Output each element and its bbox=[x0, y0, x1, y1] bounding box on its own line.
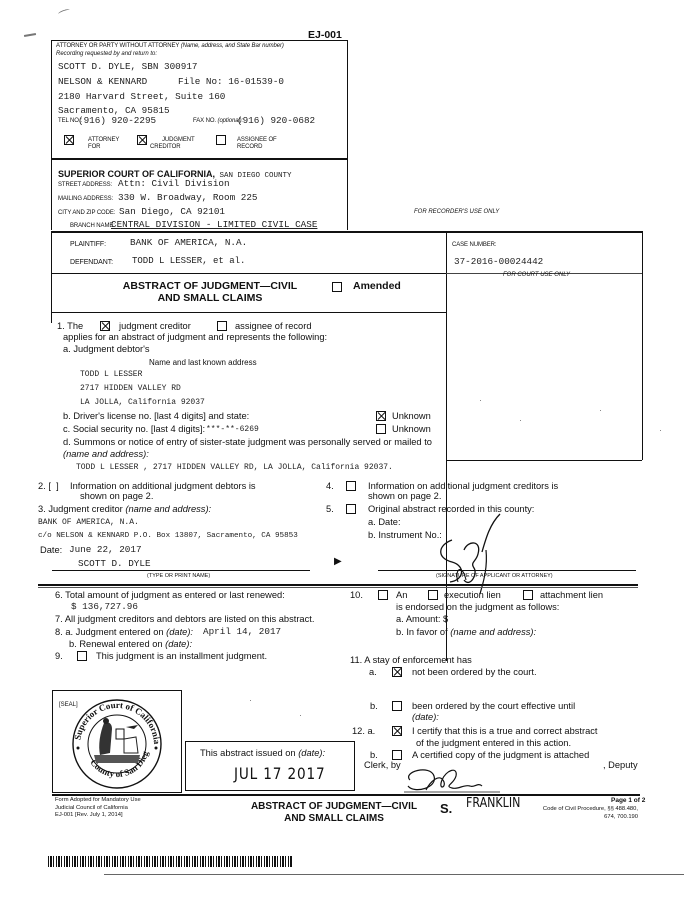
clerk-signature bbox=[400, 762, 510, 794]
amended-checkbox[interactable] bbox=[332, 282, 342, 292]
recording-label: Recording requested by and return to: bbox=[56, 51, 157, 57]
form-title: ABSTRACT OF JUDGMENT—CIVIL AND SMALL CLA… bbox=[110, 280, 310, 304]
scan-speck bbox=[520, 420, 521, 421]
item5-a-label: a. Date: bbox=[368, 517, 401, 527]
item12-b-text: A certified copy of the judgment is atta… bbox=[412, 750, 589, 760]
debtor-name: TODD L LESSER bbox=[80, 370, 142, 379]
court-mailing: 330 W. Broadway, Room 225 bbox=[118, 192, 257, 203]
item5-num: 5. bbox=[326, 504, 334, 514]
served-to: TODD L LESSER , 2717 HIDDEN VALLEY RD, L… bbox=[76, 463, 393, 472]
item9-checkbox[interactable] bbox=[77, 651, 87, 661]
item1-c-label: c. Social security no. [last 4 digits]: bbox=[63, 424, 205, 434]
fax-value: (916) 920-0682 bbox=[237, 115, 315, 126]
creditor-name: BANK OF AMERICA, N.A. bbox=[38, 518, 139, 527]
attorney-for-checkbox[interactable] bbox=[64, 135, 74, 145]
bottom-scan-line bbox=[104, 874, 684, 875]
item9-num: 9. bbox=[55, 651, 63, 661]
item12-b-num: b. bbox=[370, 750, 378, 760]
item10-num: 10. bbox=[350, 590, 363, 600]
assignee-checkbox[interactable] bbox=[216, 135, 226, 145]
item8-b: b. Renewal entered on (date): bbox=[69, 639, 192, 649]
item1-creditor-checkbox[interactable] bbox=[100, 321, 110, 331]
applicant-signature bbox=[430, 510, 510, 595]
court-street: Attn: Civil Division bbox=[118, 178, 230, 189]
execution-lien-label: execution lien bbox=[444, 590, 501, 600]
debtor-street: 2717 HIDDEN VALLEY RD bbox=[80, 384, 181, 393]
attorney-for-label: ATTORNEYFOR bbox=[88, 137, 119, 151]
branch-label: BRANCH NAME: bbox=[70, 223, 115, 229]
debtor-city: LA JOLLA, California 92037 bbox=[80, 398, 205, 407]
attorney-header-label: ATTORNEY OR PARTY WITHOUT ATTORNEY (Name… bbox=[56, 43, 284, 49]
item10-a: a. Amount: $ bbox=[396, 614, 448, 624]
item1-d-label: d. Summons or notice of entry of sister-… bbox=[63, 437, 432, 447]
item4-checkbox[interactable] bbox=[346, 481, 356, 491]
item1-b-label: b. Driver's license no. [last 4 digits] … bbox=[63, 411, 249, 421]
stray-mark bbox=[58, 8, 71, 16]
code-reference: Code of Civil Procedure, §§ 488.480, 674… bbox=[538, 805, 638, 821]
city-label: CITY AND ZIP CODE: bbox=[58, 210, 115, 216]
case-number-label: CASE NUMBER: bbox=[452, 242, 496, 248]
plaintiff-label: PLAINTIFF: bbox=[70, 241, 106, 248]
mailing-label: MAILING ADDRESS: bbox=[58, 196, 113, 202]
item2-num: 2. [ ] bbox=[38, 481, 59, 491]
court-seal-icon: Superior Court of California County of S… bbox=[64, 693, 170, 791]
item1-assignee-label: assignee of record bbox=[235, 321, 312, 331]
signed-date: June 22, 2017 bbox=[69, 544, 142, 555]
scan-speck bbox=[660, 430, 661, 431]
stay-ordered-checkbox[interactable] bbox=[392, 701, 402, 711]
barcode bbox=[48, 856, 293, 867]
scan-speck bbox=[250, 700, 251, 701]
execution-lien-checkbox[interactable] bbox=[428, 590, 438, 600]
section-rule-2 bbox=[38, 587, 638, 588]
court-city: San Diego, CA 92101 bbox=[119, 206, 225, 217]
item10-b: b. In favor of (name and address): bbox=[396, 627, 536, 637]
assignee-label: ASSIGNEE OFRECORD bbox=[237, 137, 277, 151]
item9-text: This judgment is an installment judgment… bbox=[96, 651, 267, 661]
page-number: Page 1 of 2 bbox=[611, 797, 645, 804]
certify-checkbox[interactable] bbox=[392, 726, 402, 736]
attorney-firm: NELSON & KENNARD bbox=[58, 76, 147, 87]
right-border bbox=[642, 231, 643, 460]
item10-an-checkbox[interactable] bbox=[378, 590, 388, 600]
ssn-unknown-label: Unknown bbox=[392, 424, 431, 434]
item1-d-hint: (name and address): bbox=[63, 449, 149, 459]
case-top-line bbox=[51, 231, 642, 233]
section-rule bbox=[38, 584, 638, 586]
judgment-date: April 14, 2017 bbox=[203, 626, 281, 637]
attachment-lien-checkbox[interactable] bbox=[523, 590, 533, 600]
item12-a-text-1: I certify that this is a true and correc… bbox=[412, 726, 598, 736]
court-use-label: FOR COURT USE ONLY bbox=[503, 272, 570, 278]
item3-label: 3. Judgment creditor (name and address): bbox=[38, 504, 211, 514]
item7-label: 7. All judgment creditors and debtors ar… bbox=[55, 614, 314, 624]
clerk-stamp-name: FRANKLIN bbox=[466, 796, 520, 811]
footer-rule bbox=[52, 794, 640, 796]
item1-creditor-label: judgment creditor bbox=[119, 321, 191, 331]
item2-text: Information on additional judgment debto… bbox=[70, 481, 256, 501]
name-address-label: Name and last known address bbox=[149, 358, 257, 367]
street-label: STREET ADDRESS: bbox=[58, 182, 112, 188]
item11-b-hint: (date): bbox=[412, 712, 439, 722]
item10-an-label: An bbox=[396, 590, 407, 600]
plaintiff-value: BANK OF AMERICA, N.A. bbox=[130, 237, 247, 248]
court-use-bottom bbox=[446, 460, 642, 461]
scan-speck bbox=[600, 410, 601, 411]
left-border bbox=[51, 231, 52, 323]
dl-unknown-label: Unknown bbox=[392, 411, 431, 421]
item10-endorsed: is endorsed on the judgment as follows: bbox=[396, 602, 559, 612]
issued-date-stamp: JUL 17 2017 bbox=[234, 764, 325, 783]
form-adopted: Form Adopted for Mandatory Use Judicial … bbox=[55, 797, 141, 820]
attorney-name: SCOTT D. DYLE, SBN 300917 bbox=[58, 61, 197, 72]
item12-num: 12. a. bbox=[352, 726, 375, 736]
defendant-value: TODD L LESSER, et al. bbox=[132, 256, 245, 266]
date-label: Date: bbox=[40, 545, 62, 555]
item5-checkbox[interactable] bbox=[346, 504, 356, 514]
print-name-line bbox=[52, 570, 310, 571]
scan-speck bbox=[480, 400, 481, 401]
item1-assignee-checkbox[interactable] bbox=[217, 321, 227, 331]
svg-text:Superior Court of California: Superior Court of California bbox=[72, 700, 162, 745]
court-branch: CENTRAL DIVISION - LIMITED CIVIL CASE bbox=[111, 219, 317, 230]
print-name-caption: (TYPE OR PRINT NAME) bbox=[147, 573, 210, 579]
footer-title: ABSTRACT OF JUDGMENT—CIVIL AND SMALL CLA… bbox=[244, 801, 424, 825]
case-number: 37-2016-00024442 bbox=[454, 256, 543, 267]
attorney-street: 2180 Harvard Street, Suite 160 bbox=[58, 91, 225, 102]
item1-applies: applies for an abstract of judgment and … bbox=[63, 332, 327, 342]
scan-speck bbox=[300, 715, 301, 716]
ssn-unknown-checkbox[interactable] bbox=[376, 424, 386, 434]
deputy-label: , Deputy bbox=[603, 760, 638, 770]
issued-label: This abstract issued on (date): bbox=[200, 748, 325, 758]
stray-mark bbox=[24, 33, 36, 37]
printed-name: SCOTT D. DYLE bbox=[78, 558, 151, 569]
creditor-address: c/o NELSON & KENNARD P.O. Box 13807, Sac… bbox=[38, 532, 298, 540]
judgment-creditor-label: JUDGMENTCREDITOR bbox=[162, 137, 195, 151]
arrow-icon: ▶ bbox=[334, 556, 342, 567]
item4-num: 4. bbox=[326, 481, 334, 491]
fax-label: FAX NO. (optional): bbox=[193, 118, 243, 124]
item11-b-num: b. bbox=[370, 701, 378, 711]
recorder-use-label: FOR RECORDER'S USE ONLY bbox=[414, 209, 499, 215]
tel-value: (916) 920-2295 bbox=[78, 115, 156, 126]
attachment-lien-label: attachment lien bbox=[540, 590, 603, 600]
ssn-value: ***-**-6269 bbox=[206, 425, 259, 434]
title-top-line bbox=[51, 273, 446, 274]
judgment-creditor-checkbox[interactable] bbox=[137, 135, 147, 145]
item11-label: 11. A stay of enforcement has bbox=[350, 655, 472, 665]
item8-a: 8. a. Judgment entered on (date): bbox=[55, 627, 193, 637]
item4-text: Information on additional judgment credi… bbox=[368, 481, 558, 501]
item11-a-text: not been ordered by the court. bbox=[412, 667, 537, 677]
item12-a-text-2: of the judgment entered in this action. bbox=[416, 738, 571, 748]
clerk-label: Clerk, by bbox=[364, 760, 401, 770]
certified-copy-checkbox[interactable] bbox=[392, 750, 402, 760]
item1-num: 1. The bbox=[57, 321, 83, 331]
stay-not-ordered-checkbox[interactable] bbox=[392, 667, 402, 677]
title-bottom-line bbox=[51, 312, 446, 313]
amended-label: Amended bbox=[353, 280, 401, 292]
defendant-label: DEFENDANT: bbox=[70, 259, 113, 266]
clerk-stamp-initial: S. bbox=[440, 801, 452, 816]
item6-label: 6. Total amount of judgment as entered o… bbox=[55, 590, 285, 600]
item11-b-text: been ordered by the court effective unti… bbox=[412, 701, 575, 711]
dl-unknown-checkbox[interactable] bbox=[376, 411, 386, 421]
item11-a-num: a. bbox=[369, 667, 377, 677]
item1-a-label: a. Judgment debtor's bbox=[63, 344, 150, 354]
judgment-amount: $ 136,727.96 bbox=[71, 601, 138, 612]
attorney-file-no: File No: 16-01539-0 bbox=[178, 76, 284, 87]
